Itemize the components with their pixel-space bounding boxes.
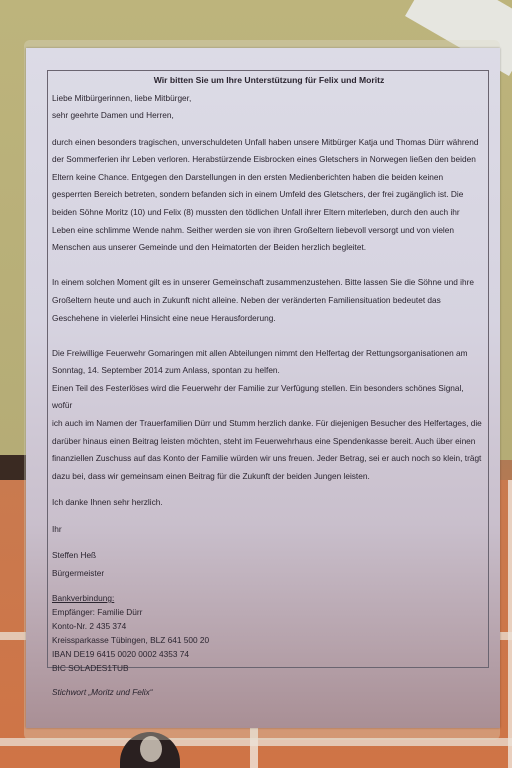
bank-account: Konto-Nr. 2 435 374 <box>52 619 486 633</box>
paragraph-2: In einem solchen Moment gilt es in unser… <box>52 274 486 327</box>
text-line: Großeltern heute und auch in Zukunft nic… <box>52 292 486 310</box>
signer-name: Steffen Heß <box>52 547 486 565</box>
text-line: Eltern keine Chance. Entgegen den Darste… <box>52 169 486 187</box>
bank-iban: IBAN DE19 6415 0020 0002 4353 74 <box>52 647 486 661</box>
text-line: beiden Söhne Moritz (10) und Felix (8) m… <box>52 204 486 222</box>
closing-line: Ihr <box>52 521 486 539</box>
text-line: Leben eine schlimme Wende nahm. Seither … <box>52 222 486 240</box>
text-line: dazu bei, dass wir gemeinsam einen Beitr… <box>52 468 486 486</box>
bank-name: Kreissparkasse Tübingen, BLZ 641 500 20 <box>52 633 486 647</box>
text-line: der Sommerferien ihr Leben verloren. Her… <box>52 151 486 169</box>
keyword-line: Stichwort „Moritz und Felix“ <box>52 684 486 702</box>
signer-role: Bürgermeister <box>52 565 486 583</box>
document-title: Wir bitten Sie um Ihre Unterstützung für… <box>52 72 486 90</box>
text-line: Menschen aus unserer Gemeinde und den He… <box>52 239 486 257</box>
bank-bic: BIC SOLADES1TUB <box>52 661 486 675</box>
text-line: Die Freiwillige Feuerwehr Gomaringen mit… <box>52 345 486 363</box>
bank-heading: Bankverbindung: <box>52 591 486 605</box>
text-line: finanziellen Zuschuss auf das Konto der … <box>52 450 486 468</box>
salutation-line: Liebe Mitbürgerinnen, liebe Mitbürger, <box>52 90 486 108</box>
text-line: Sonntag, 14. September 2014 zum Anlass, … <box>52 362 486 380</box>
text-line: Geschehene in vielerlei Hinsicht eine ne… <box>52 310 486 328</box>
paragraph-3: Die Freiwillige Feuerwehr Gomaringen mit… <box>52 345 486 486</box>
text-line: Einen Teil des Festerlöses wird die Feue… <box>52 380 486 415</box>
document-body: Wir bitten Sie um Ihre Unterstützung für… <box>52 72 486 701</box>
text-line: gesperrten Bereich betreten, sondern bef… <box>52 186 486 204</box>
thanks-line: Ich danke Ihnen sehr herzlich. <box>52 494 486 512</box>
paragraph-1: durch einen besonders tragischen, unvers… <box>52 134 486 257</box>
text-line: ich auch im Namen der Trauerfamilien Dür… <box>52 415 486 433</box>
text-line: In einem solchen Moment gilt es in unser… <box>52 274 486 292</box>
salutation-line: sehr geehrte Damen und Herren, <box>52 107 486 125</box>
bank-recipient: Empfänger: Familie Dürr <box>52 605 486 619</box>
text-line: durch einen besonders tragischen, unvers… <box>52 134 486 152</box>
notice-paper: Wir bitten Sie um Ihre Unterstützung für… <box>26 48 500 728</box>
text-line: darüber hinaus einen Beitrag leisten möc… <box>52 433 486 451</box>
bank-details: Bankverbindung: Empfänger: Familie Dürr … <box>52 591 486 675</box>
